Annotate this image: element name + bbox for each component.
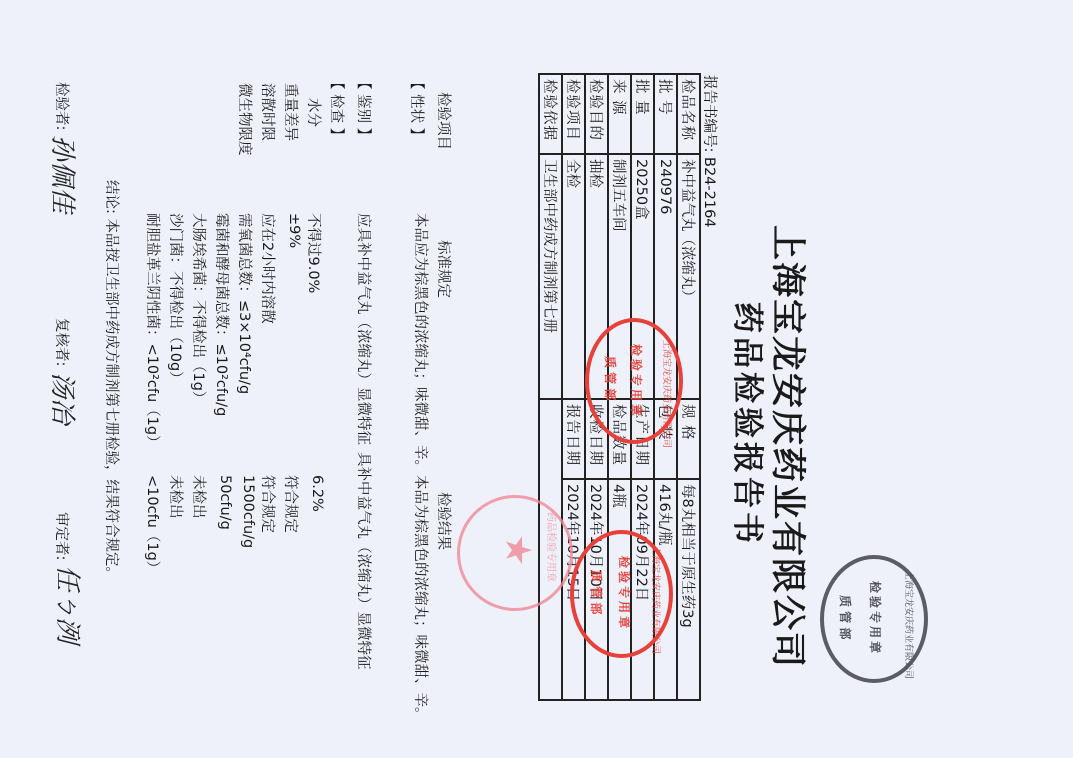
info-label: 报告日期	[562, 399, 585, 479]
info-label: 规 格	[677, 399, 700, 479]
info-label: 检品名称	[677, 74, 700, 154]
stamp-ring-text: 上海宝龙安庆药业有限公司	[661, 340, 674, 448]
conclusion-label: 结论:	[103, 180, 119, 214]
section-result: 具补中益气丸（浓缩丸）显微特征	[354, 452, 375, 670]
test-item-standard: 霉菌和酵母菌总数：≤10²cfu/g	[212, 213, 233, 416]
stamp-ring-text: 药品检验专用章	[545, 512, 560, 582]
reviewer-signature: 汤冶	[46, 372, 83, 424]
test-item-result: 未检出	[166, 475, 187, 519]
approver-label: 审定者:	[52, 512, 73, 560]
stamp-center-text: 检验专用章	[867, 581, 884, 656]
info-row: 检验依据卫生部中药成方制剂第七册	[539, 74, 562, 700]
section-name: 【 鉴别 】	[354, 75, 375, 142]
test-item-standard: 大肠埃希菌：不得检出（1g）	[189, 213, 210, 405]
inspector-signature: 孙佩佳	[46, 135, 83, 213]
reviewer-label: 复核者:	[52, 318, 73, 366]
col-header-result: 检验结果	[434, 492, 455, 550]
stamp-bottom-text: 质 管 部	[837, 595, 854, 639]
info-label: 检验目的	[585, 74, 608, 154]
test-item-result: 未检出	[189, 475, 210, 519]
test-item-standard: 需氧菌总数：≤3×10⁴cfu/g	[235, 213, 256, 394]
test-item-name: 水分	[304, 98, 325, 127]
info-value: 全检	[562, 154, 585, 399]
test-item-name: 重量差异	[281, 83, 302, 141]
report-number-value: B24-2164	[701, 157, 717, 228]
test-item-standard: 耐胆盐革兰阴性菌：<10²cfu（1g）	[143, 213, 164, 450]
report-number-label: 报告书编号:	[701, 75, 717, 152]
test-item-result: 符合规定	[281, 475, 302, 533]
col-header-item: 检验项目	[434, 92, 455, 150]
info-label: 检验依据	[539, 74, 562, 154]
stamp-ring-text: 上海宝龙安庆药业有限公司	[903, 571, 916, 679]
stamp-qc-red-dates: 上海宝龙安庆药业有限公司 检验专用章 质 管 部	[570, 530, 673, 658]
stamp-qc-red-top: 上海宝龙安庆药业有限公司 检验专用章 质 管 部	[585, 318, 683, 444]
inspector-label: 检验者:	[52, 82, 73, 130]
stamp-center-text: 检验专用章	[616, 556, 633, 631]
report-page: 上海宝龙安庆药业有限公司 药品检验报告书 报告书编号: B24-2164 检品名…	[0, 0, 1073, 758]
info-label: 批 号	[654, 74, 677, 154]
stamp-bottom-text: 质 管 部	[588, 570, 605, 614]
report-title: 药品检验报告书	[728, 302, 773, 547]
test-item-name: 溶散时限	[258, 83, 279, 141]
info-value: 每8丸相当于原生药3g	[677, 479, 700, 700]
test-item-standard: ±9%	[286, 213, 302, 248]
stamp-ring-text: 上海宝龙安庆药业有限公司	[650, 546, 663, 654]
info-label: 检验项目	[562, 74, 585, 154]
stamp-bottom-text: 质 管 部	[602, 356, 619, 400]
test-item-name: 微生物限度	[235, 83, 256, 156]
stamp-qc-gray: 上海宝龙安庆药业有限公司 检验专用章 质 管 部	[820, 555, 928, 683]
section-result: 本品为棕黑色的浓缩丸；味微甜、辛。	[411, 475, 428, 737]
stamp-center-text: 检验专用章	[628, 344, 645, 419]
info-label: 批 量	[631, 74, 654, 154]
stamp-inspection-pink: 药品检验专用章 ★	[457, 495, 573, 611]
test-item-result: 6.2%	[309, 475, 325, 512]
col-header-standard: 标准规定	[434, 240, 455, 298]
info-label: 来 源	[608, 74, 631, 154]
approver-signature: 任ㄅ洌	[51, 565, 88, 643]
test-item-standard: 沙门菌：不得检出（10g）	[166, 213, 187, 386]
section-standard: 应具补中益气丸（浓缩丸）显微特征	[354, 213, 375, 445]
test-item-result: 符合规定	[258, 475, 279, 533]
section-standard: 本品应为棕黑色的浓缩丸；味微甜、辛。	[411, 213, 428, 475]
report-number: 报告书编号: B24-2164	[700, 75, 721, 228]
section-name: 【 检查 】	[327, 75, 348, 142]
test-item-standard: 不得过9.0%	[304, 213, 325, 293]
test-item-result: <10cfu（1g）	[143, 475, 164, 575]
test-item-result: 1500cfu/g	[240, 475, 256, 548]
test-item-result: 50cfu/g	[217, 475, 233, 530]
conclusion-text: 本品按卫生部中药成方制剂第七册检验，结果符合规定。	[103, 219, 119, 582]
test-item-standard: 应在2小时内溶散	[258, 213, 279, 324]
info-value: 卫生部中药成方制剂第七册	[539, 154, 562, 399]
star-icon: ★	[497, 534, 538, 566]
conclusion: 结论: 本品按卫生部中药成方制剂第七册检验，结果符合规定。	[102, 180, 123, 581]
section-name: 【 性状 】	[407, 75, 428, 142]
